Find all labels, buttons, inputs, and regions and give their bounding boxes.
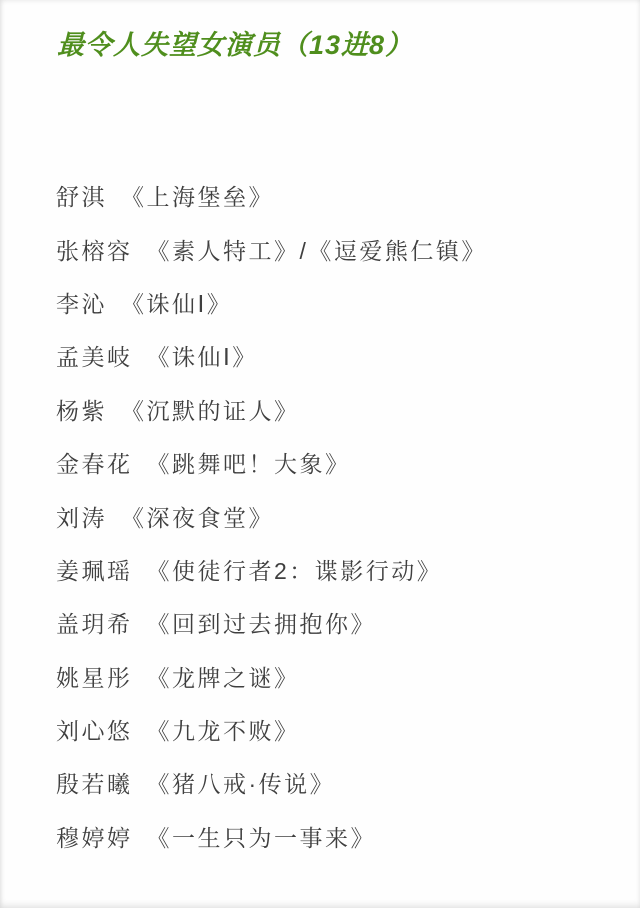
list-item: 杨紫《沉默的证人》 [56, 383, 487, 436]
actress-name: 杨紫 [56, 393, 107, 426]
actress-name: 姜珮瑶 [56, 553, 133, 586]
page: 最令人失望女演员（13进8） 舒淇《上海堡垒》张榕容《素人特工》/《逗爱熊仁镇》… [0, 0, 640, 908]
list-item: 盖玥希《回到过去拥抱你》 [56, 596, 487, 649]
movie-titles: 《诛仙Ⅰ》 [121, 286, 232, 319]
movie-titles: 《上海堡垒》 [121, 179, 274, 212]
actress-name: 穆婷婷 [56, 820, 133, 853]
list-item: 姚星彤《龙牌之谜》 [56, 650, 487, 703]
movie-titles: 《猪八戒·传说》 [147, 766, 336, 799]
list-item: 李沁《诛仙Ⅰ》 [56, 276, 487, 329]
list-item: 刘心悠《九龙不败》 [56, 703, 487, 756]
actress-name: 刘涛 [56, 500, 107, 533]
list-item: 殷若曦《猪八戒·传说》 [56, 756, 487, 809]
movie-titles: 《回到过去拥抱你》 [147, 606, 377, 639]
list-item: 张榕容《素人特工》/《逗爱熊仁镇》 [56, 222, 487, 275]
movie-titles: 《九龙不败》 [147, 713, 300, 746]
list-item: 金春花《跳舞吧！大象》 [56, 436, 487, 489]
movie-titles: 《使徒行者2：谍影行动》 [147, 553, 443, 586]
list-item: 姜珮瑶《使徒行者2：谍影行动》 [56, 543, 487, 596]
list-item: 穆婷婷《一生只为一事来》 [56, 810, 487, 863]
movie-titles: 《素人特工》/《逗爱熊仁镇》 [147, 233, 487, 266]
movie-titles: 《沉默的证人》 [121, 393, 300, 426]
movie-titles: 《龙牌之谜》 [147, 660, 300, 693]
movie-titles: 《诛仙Ⅰ》 [147, 339, 258, 372]
actress-name: 姚星彤 [56, 660, 133, 693]
actress-name: 张榕容 [56, 233, 133, 266]
movie-titles: 《深夜食堂》 [121, 500, 274, 533]
movie-titles: 《跳舞吧！大象》 [147, 446, 351, 479]
list-item: 刘涛《深夜食堂》 [56, 489, 487, 542]
actress-name: 舒淇 [56, 179, 107, 212]
actress-name: 金春花 [56, 446, 133, 479]
actress-name: 刘心悠 [56, 713, 133, 746]
actress-list: 舒淇《上海堡垒》张榕容《素人特工》/《逗爱熊仁镇》李沁《诛仙Ⅰ》孟美岐《诛仙Ⅰ》… [56, 169, 487, 863]
list-item: 舒淇《上海堡垒》 [56, 169, 487, 222]
actress-name: 殷若曦 [56, 766, 133, 799]
actress-name: 李沁 [56, 286, 107, 319]
list-item: 孟美岐《诛仙Ⅰ》 [56, 329, 487, 382]
page-title: 最令人失望女演员（13进8） [57, 28, 413, 62]
actress-name: 盖玥希 [56, 606, 133, 639]
actress-name: 孟美岐 [56, 339, 133, 372]
movie-titles: 《一生只为一事来》 [147, 820, 377, 853]
